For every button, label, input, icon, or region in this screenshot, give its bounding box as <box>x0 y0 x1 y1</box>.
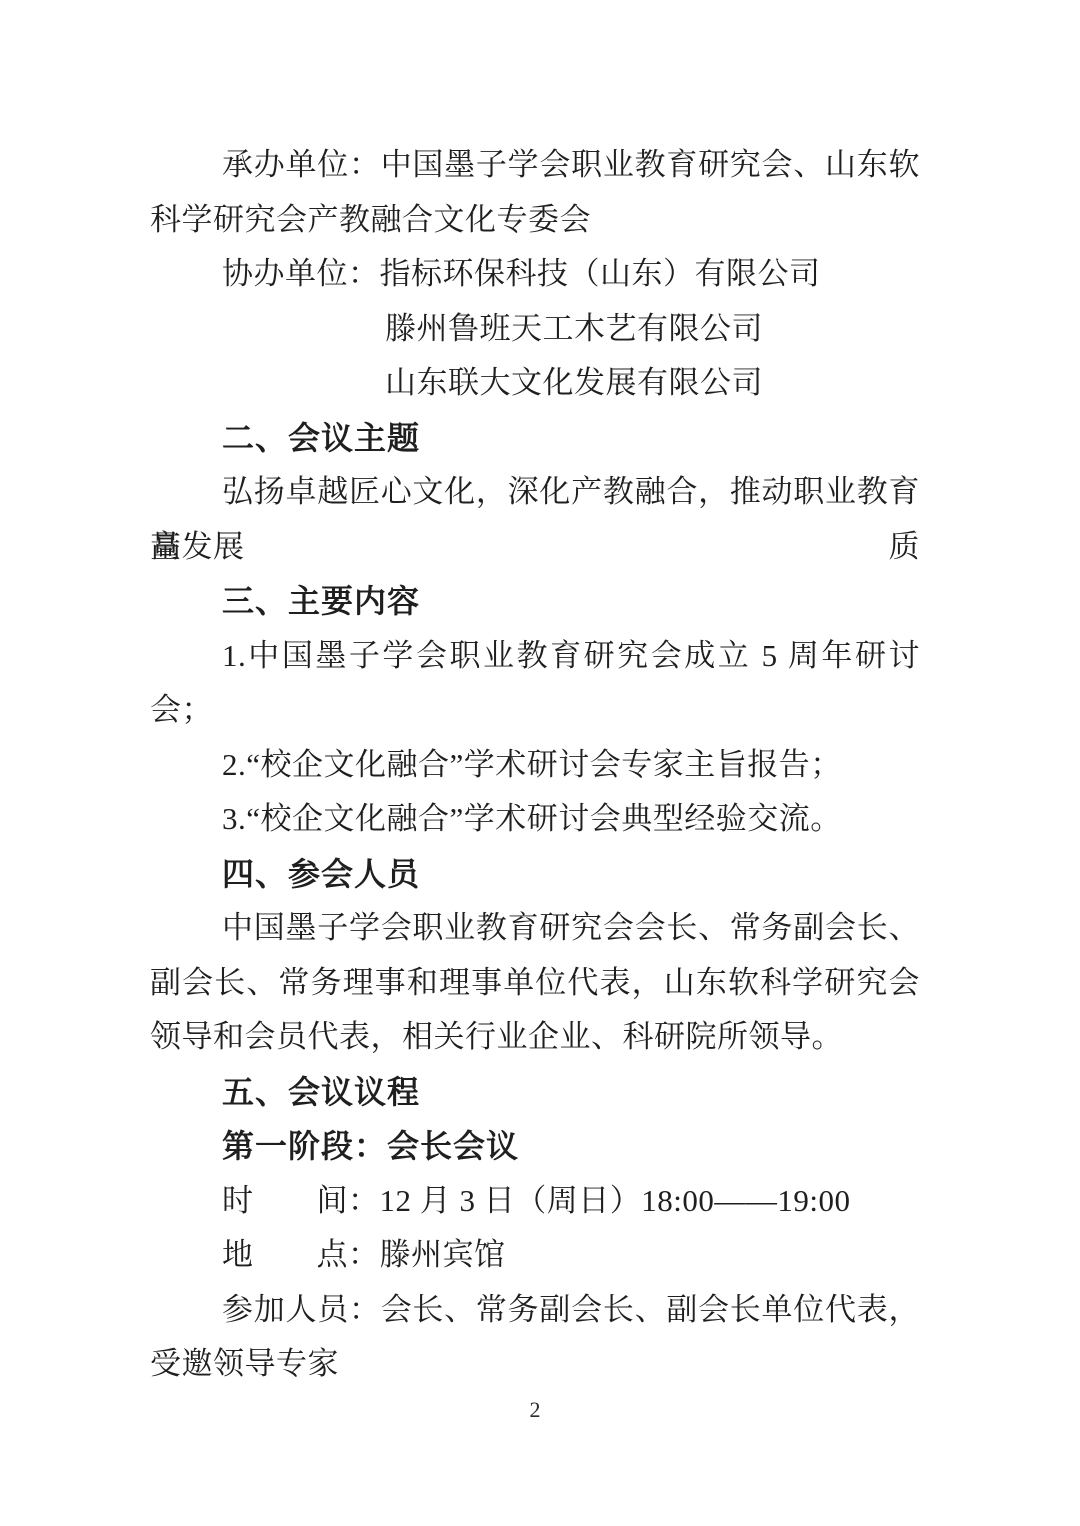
co-organizer-company-2: 滕州鲁班天工木艺有限公司 <box>150 302 920 357</box>
participants-line-2: 副会长、常务理事和理事单位代表，山东软科学研究会 <box>150 956 920 1011</box>
content-item-1-line-2: 会； <box>150 683 920 738</box>
section-content-heading: 三、主要内容 <box>150 574 920 629</box>
organizer-line-2: 科学研究会产教融合文化专委会 <box>150 193 920 248</box>
document-page: 承办单位：中国墨子学会职业教育研究会、山东软 科学研究会产教融合文化专委会 协办… <box>0 0 1080 1526</box>
content-item-3: 3.“校企文化融合”学术研讨会典型经验交流。 <box>150 792 920 847</box>
participants-line-1: 中国墨子学会职业教育研究会会长、常务副会长、 <box>150 901 920 956</box>
agenda-stage-1-heading: 第一阶段：会长会议 <box>150 1119 920 1174</box>
section-theme-heading: 二、会议主题 <box>150 411 920 466</box>
section-participants-heading: 四、参会人员 <box>150 847 920 902</box>
participants-line-3: 领导和会员代表，相关行业企业、科研院所领导。 <box>150 1010 920 1065</box>
content-item-2: 2.“校企文化融合”学术研讨会专家主旨报告； <box>150 738 920 793</box>
stage-1-location: 地 点：滕州宾馆 <box>150 1228 920 1283</box>
theme-line-1: 弘扬卓越匠心文化，深化产教融合，推动职业教育高质 <box>150 465 920 520</box>
co-organizer-company-3: 山东联大文化发展有限公司 <box>150 356 920 411</box>
stage-1-time: 时 间：12 月 3 日（周日）18:00——19:00 <box>150 1174 920 1229</box>
stage-1-attendees-line-1: 参加人员：会长、常务副会长、副会长单位代表， <box>150 1283 920 1338</box>
co-organizer-line: 协办单位：指标环保科技（山东）有限公司 <box>150 247 920 302</box>
section-agenda-heading: 五、会议议程 <box>150 1065 920 1120</box>
content-item-1-line-1: 1.中国墨子学会职业教育研究会成立 5 周年研讨 <box>150 629 920 684</box>
organizer-line-1: 承办单位：中国墨子学会职业教育研究会、山东软 <box>150 138 920 193</box>
page-number: 2 <box>150 1396 920 1424</box>
stage-1-attendees-line-2: 受邀领导专家 <box>150 1337 920 1392</box>
